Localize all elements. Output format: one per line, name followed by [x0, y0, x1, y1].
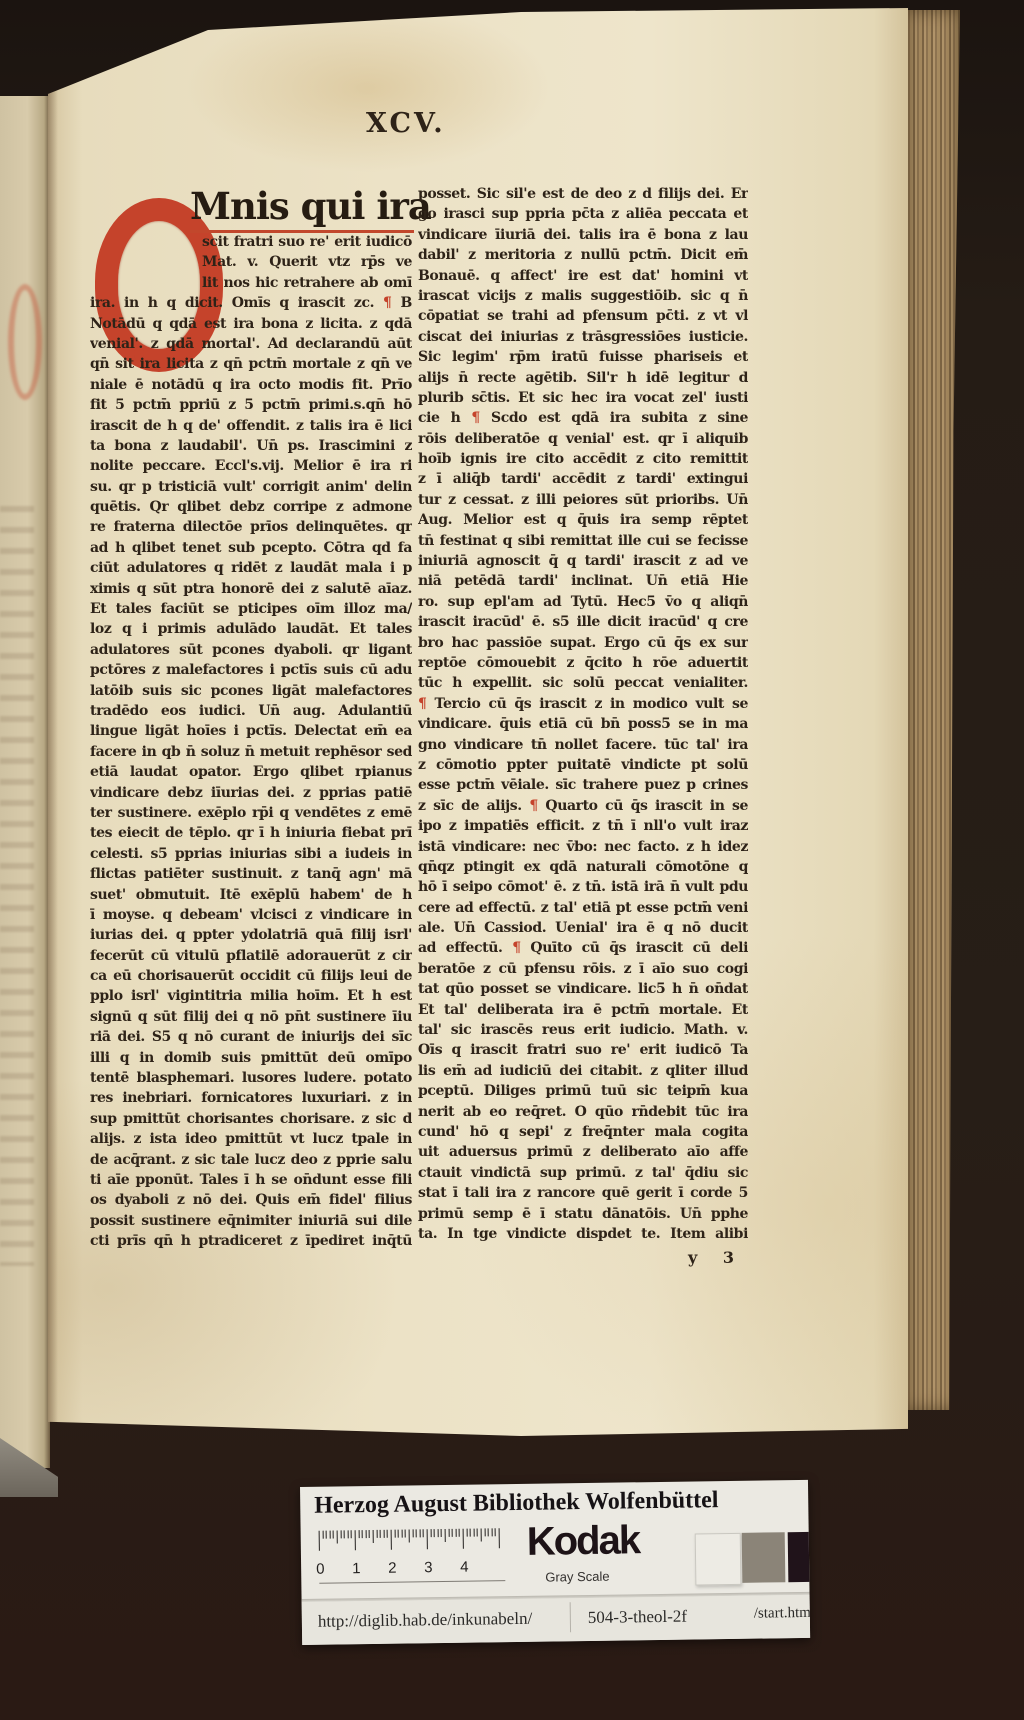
- text-line: tes eiecit de tēplo. qr ī h iniuria fieb…: [90, 823, 412, 843]
- text-line: irascit de h q de' offendit. z talis ira…: [90, 416, 412, 436]
- library-name: Herzog August Bibliothek Wolfenbüttel: [314, 1486, 794, 1520]
- text-line: posset. Sic sil'e est de deo z d filijs …: [418, 184, 748, 204]
- shelfmark: 504-3-theol-2f: [588, 1607, 687, 1628]
- text-line: ta. In tge vindicte dispdet te. Item ali…: [418, 1224, 748, 1244]
- dropcap-indent-block: scit fratri suo re' erit iudicōMat. v. Q…: [202, 232, 412, 293]
- text-line: Bonauē. q affect' ire est dat' homini vt: [418, 266, 748, 286]
- text-line: niā petēdā tardi' inclinat. Un̄ etiā Hie: [418, 571, 748, 591]
- label-url-strip: http://diglib.hab.de/inkunabeln/ 504-3-t…: [302, 1595, 811, 1645]
- text-line: cie h ¶ Scdo est qdā ira subita z sine: [418, 408, 748, 428]
- text-line: Sic legim' rp̄m iratū fuisse phariseis e…: [418, 347, 748, 367]
- book-fore-edge: [906, 10, 960, 1410]
- text-line: dabil' z meritoria z nullū pctm̄. Dicit …: [418, 245, 748, 265]
- url-strip-divider: [570, 1602, 571, 1632]
- text-line: tradēdo eos iudici. Un̄ aug. Adulantiū: [90, 701, 412, 721]
- text-line: z cōmotio ppter puitatē vindicte pt solū: [418, 755, 748, 775]
- book-page: XCV. Mnis qui ira scit fratri suo re' er…: [48, 8, 908, 1436]
- text-line: flictas patiēter sustinuit. z tanq̄ agn'…: [90, 864, 412, 884]
- text-line: nerit ab eo req̄ret. O qūo rn̄debit tūc …: [418, 1102, 748, 1122]
- text-line: beratōe z cū pfensu rōis. z ī aīo suo co…: [418, 959, 748, 979]
- text-line: hō ī seipo cōmot' ē. z tn̄. istā irā n̄ …: [418, 877, 748, 897]
- text-line: lit nos hic retrahere ab omī: [202, 273, 412, 293]
- text-line: tūc h expellit. sic solū peccat venialit…: [418, 673, 748, 693]
- left-column-body: ira. in h q dicit. Omīs q irascit zc. ¶ …: [90, 293, 412, 1251]
- text-line: tn̄ festinat q sibi remittat ille cui se…: [418, 531, 748, 551]
- text-line: esse pctm̄ vēiale. sīc trahere puez p cr…: [418, 775, 748, 795]
- gray-scale-caption: Gray Scale: [545, 1569, 610, 1585]
- text-line: go irasci sup ppria pc̄ta z aliēa peccat…: [418, 204, 748, 224]
- text-line: facere in qb n̄ soluz n̄ metuit rephēsor…: [90, 742, 412, 762]
- text-line: vindicare debz iīurias dei. z pprias pat…: [90, 783, 412, 803]
- text-line: ctauit vindictā sup primū. z tal' q̄diu …: [418, 1163, 748, 1183]
- text-line: fit 5 pctm̄ ppriū z 5 pctm̄ primi.s.qn̄ …: [90, 395, 412, 415]
- text-line: irascit iracūd' ē. s5 ille dicit iracūd'…: [418, 612, 748, 632]
- text-line: ipo z impatiēs efficit. z tn̄ ī nll'o vu…: [418, 816, 748, 836]
- text-line: lingue ligāt hoīes i pctīs. Delectat em̄…: [90, 721, 412, 741]
- text-line: os dyaboli z nō dei. Quis em̄ fidel' fil…: [90, 1190, 412, 1210]
- ruler-numbers: 01234: [319, 1528, 506, 1587]
- text-line: pceptū. Diliges primū tuū sic teipm̄ kua: [418, 1081, 748, 1101]
- text-line: ad h qlibet tenet sub pcepto. Cōtra qd f…: [90, 538, 412, 558]
- ruler-number: 0: [316, 1561, 325, 1578]
- text-line: niale ē notādū q ira octo modis fit. Prī…: [90, 375, 412, 395]
- text-line: ta bona z laudabil'. Un̄ ps. Irascimini …: [90, 436, 412, 456]
- text-line: scit fratri suo re' erit iudicō: [202, 232, 412, 252]
- gray-scale-patch-black: [788, 1532, 810, 1582]
- text-line: vindicare īiuriā dei. talis ira ē bona z…: [418, 225, 748, 245]
- ruler-number: 2: [388, 1560, 397, 1577]
- text-line: ti aīe pponūt. Tales ī h se on̄dunt esse…: [90, 1170, 412, 1190]
- ruler-number: 4: [460, 1559, 469, 1576]
- text-line: bro hac passiōe supat. Ergo cū q̄s ex su…: [418, 633, 748, 653]
- start-page-link: /start.htm: [754, 1605, 810, 1623]
- text-line: rōis deliberatōe q venial' est. qr ī ali…: [418, 429, 748, 449]
- text-line: possit sustinere eq̄nimiter iniuriā sui …: [90, 1211, 412, 1231]
- text-line: Aug. Melior est q q̄uis ira semp rēptet: [418, 510, 748, 530]
- text-line: gno vindicare tn̄ nollet facere. tūc tal…: [418, 735, 748, 755]
- text-line: celesti. s5 pprias iniurias sibi a iudei…: [90, 844, 412, 864]
- text-line: sup pmittūt chorisantes chorisare. z sic…: [90, 1109, 412, 1129]
- text-line: ale. Un̄ Cassiod. Uenial' ira ē q nō duc…: [418, 918, 748, 938]
- text-line: riā dei. S5 q nō curant de iniurijs dei …: [90, 1027, 412, 1047]
- text-line: z sīc de alijs. ¶ Quarto cū q̄s irascit …: [418, 796, 748, 816]
- gray-scale-patch-white: [695, 1533, 742, 1586]
- text-line: illi q in domib suis pmittūt deū omīpo: [90, 1048, 412, 1068]
- text-line: re fraterna dilectōe prīos delinquētes. …: [90, 517, 412, 537]
- showthrough-text-ghost: [0, 506, 34, 1266]
- gray-scale-patch-gray: [742, 1532, 786, 1583]
- text-column-right: posset. Sic sil'e est de deo z d filijs …: [418, 184, 748, 1244]
- text-line: uit aduersus primū z deliberato aīo affe: [418, 1142, 748, 1162]
- text-line: ter sustinere. exēplo rp̄i q vendētes z …: [90, 803, 412, 823]
- text-line: primū semp ē ī statu dānatōis. Un̄ pphe: [418, 1204, 748, 1224]
- kodak-wordmark: Kodak: [526, 1518, 639, 1565]
- text-line: latōib suis sic pcones ligāt malefactore…: [90, 681, 412, 701]
- ruler-number: 3: [424, 1559, 433, 1576]
- text-line: pplo isrl' vigintitria milia hoīm. Et h …: [90, 986, 412, 1006]
- text-line: cund' hō q sepi' z freq̄nter mala cogita: [418, 1122, 748, 1142]
- text-line: hoīb ignis ire cito accēdit z cito remit…: [418, 449, 748, 469]
- text-line: Et tal' deliberata ira ē pctm̄ mortale. …: [418, 1000, 748, 1020]
- text-line: vindicare. q̄uis etiā cū bn̄ poss5 se in…: [418, 714, 748, 734]
- facing-page-edge: [0, 96, 50, 1468]
- text-column-left: scit fratri suo re' erit iudicōMat. v. Q…: [90, 186, 412, 1252]
- text-line: alijs n̄ recte agētib. Sil'r h idē legit…: [418, 368, 748, 388]
- text-line: iniuriā agnoscit q̄ q tardi' irascit z a…: [418, 551, 748, 571]
- text-line: ro. sup epl'am ad Tytū. Hec5 v̄o q aliqn…: [418, 592, 748, 612]
- text-line: tur z cessat. z illi peiores sūt priorib…: [418, 490, 748, 510]
- text-line: nolite peccare. Eccl's.vij. Melior ē ira…: [90, 456, 412, 476]
- text-line: tentē blasphemari. lusores ludere. potat…: [90, 1068, 412, 1088]
- text-line: res inebriari. fornicatores luxuriari. z…: [90, 1088, 412, 1108]
- text-line: Mat. v. Querit vtz rp̄s ve: [202, 252, 412, 272]
- text-line: tat qūo posset se vindicare. lic5 h n̄ o…: [418, 979, 748, 999]
- text-line: alijs. z ista ideo pmittūt vt lucz tpale…: [90, 1129, 412, 1149]
- quire-signature: y 3: [688, 1248, 744, 1267]
- text-line: stat ī tali ira z rancore quē gerit ī co…: [418, 1183, 748, 1203]
- text-line: qn̄ sit ira licita z qn̄ pctm̄ mortale z…: [90, 354, 412, 374]
- text-line: iurias dei. q ppter ydolatriā quā filij …: [90, 925, 412, 945]
- folio-number: XCV.: [366, 108, 446, 139]
- text-line: adulatores sūt pcones dyaboli. qr ligant: [90, 640, 412, 660]
- text-line: plurib sc̄tis. Et sic hec ira vocat zel'…: [418, 388, 748, 408]
- text-line: lis em̄ ad iudiciū dei citabit. z qliter…: [418, 1061, 748, 1081]
- text-line: su. qr p tristiciā vult' corrigit anim' …: [90, 477, 412, 497]
- text-line: pctōres z malefactores i pctīs suis cū a…: [90, 660, 412, 680]
- scale-ruler: 01234: [319, 1528, 506, 1587]
- text-line: cere ad effectū. z tal' etiā pt esse pct…: [418, 898, 748, 918]
- text-line: z ī aliq̄b tardi' accēdit z tardi' extin…: [418, 469, 748, 489]
- text-line: irascat vicijs z malis suggestiōib. sic …: [418, 286, 748, 306]
- text-line: Oīs q irascit fratri suo re' erit iudicō…: [418, 1040, 748, 1060]
- text-line: tal' sic irascēs reus erit iudicio. Math…: [418, 1020, 748, 1040]
- text-line: fecerūt cū vitulū pflatilē adorauerūt z …: [90, 946, 412, 966]
- text-line: Notādū q qdā est ira bona z licita. z qd…: [90, 314, 412, 334]
- text-line: de acq̄rant. z sic tale lucz deo z pprie…: [90, 1150, 412, 1170]
- text-line: signū q sūt filij dei q nō pn̄t sustiner…: [90, 1007, 412, 1027]
- showthrough-initial-ghost: [8, 284, 42, 400]
- text-line: ximis q sūt ptra honorē dei z salutē aīa…: [90, 579, 412, 599]
- text-line: istā vindicare: nec v̄bo: nec facto. z h…: [418, 837, 748, 857]
- library-label: Herzog August Bibliothek Wolfenbüttel 01…: [300, 1480, 810, 1645]
- text-line: ad effectū. ¶ Quīto cū q̄s irascit cū de…: [418, 938, 748, 958]
- text-line: etiā laudat opator. Ergo qlibet rpianus: [90, 762, 412, 782]
- text-line: cōpatiat se trahi ad pfensum pc̄ti. z vt…: [418, 306, 748, 326]
- digitization-url: http://diglib.hab.de/inkunabeln/: [318, 1609, 533, 1632]
- text-line: ¶ Tercio cū q̄s irascit z in modico vult…: [418, 694, 748, 714]
- text-line: reptōe cōmouebit z q̄cito h rōe aduertit: [418, 653, 748, 673]
- text-line: ciscat dei iniurias z trāsgressiōes iust…: [418, 327, 748, 347]
- text-line: ciūt adulatores q ridēt z laudāt mala i …: [90, 558, 412, 578]
- gutter-crease: [48, 78, 58, 1428]
- text-line: suet' obmutuit. Itē exēplū habem' de h: [90, 885, 412, 905]
- text-line: qn̄qz ptingit ex qdā naturali cōmotōne q: [418, 857, 748, 877]
- text-line: ī moyse. q debeam' vlcisci z vindicare i…: [90, 905, 412, 925]
- ruler-number: 1: [352, 1560, 361, 1577]
- text-line: loz q i primis adulādo laudāt. Et tales: [90, 619, 412, 639]
- text-line: venial'. z qdā mortal'. Ad declarandū aū…: [90, 334, 412, 354]
- text-line: ca eū chorisauerūt occidit cū filijs leu…: [90, 966, 412, 986]
- text-line: ira. in h q dicit. Omīs q irascit zc. ¶ …: [90, 293, 412, 313]
- text-line: quētis. Qr qlibet debz corripe z admone: [90, 497, 412, 517]
- text-line: cti prīs qn̄ h ptradiceret z īpediret in…: [90, 1231, 412, 1251]
- text-line: Et tales faciūt se pticipes oīm illoz ma…: [90, 599, 412, 619]
